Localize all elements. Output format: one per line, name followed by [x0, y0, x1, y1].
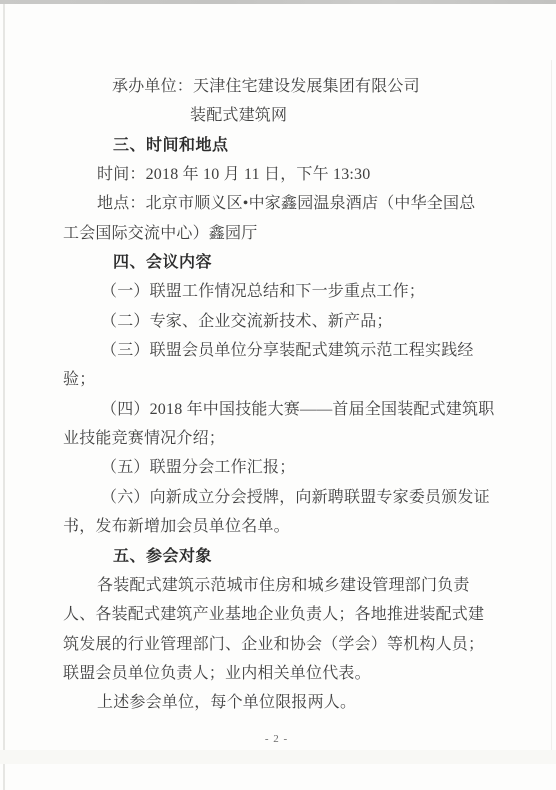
agenda-item-5: （五）联盟分会工作汇报；	[63, 453, 490, 482]
meeting-place-line-1: 地点：北京市顺义区•中家鑫园温泉酒店（中华全国总	[63, 189, 490, 218]
organizer-line-1: 承办单位：天津住宅建设发展集团有限公司	[63, 72, 490, 101]
section-heading-agenda: 四、会议内容	[63, 248, 490, 277]
document-body: 承办单位：天津住宅建设发展集团有限公司 装配式建筑网 三、时间和地点 时间：20…	[63, 72, 490, 718]
scan-edge-top	[0, 0, 556, 4]
attendees-para-2: 上述参会单位，每个单位限报两人。	[63, 688, 490, 717]
agenda-item-3-line-1: （三）联盟会员单位分享装配式建筑示范工程实践经	[63, 336, 490, 365]
scanned-document-page: 承办单位：天津住宅建设发展集团有限公司 装配式建筑网 三、时间和地点 时间：20…	[0, 0, 556, 790]
section-heading-attendees: 五、参会对象	[63, 542, 490, 571]
attendees-para-1-line-4: 联盟会员单位负责人；业内相关单位代表。	[63, 659, 490, 688]
page-number: - 2 -	[63, 733, 490, 745]
meeting-place-line-2: 工会国际交流中心）鑫园厅	[63, 219, 490, 248]
agenda-item-4-line-2: 业技能竞赛情况介绍；	[63, 424, 490, 453]
agenda-item-2: （二）专家、企业交流新技术、新产品；	[63, 307, 490, 336]
scan-edge-left	[3, 4, 5, 790]
agenda-item-6-line-1: （六）向新成立分会授牌，向新聘联盟专家委员颁发证	[63, 483, 490, 512]
attendees-para-1-line-2: 人、各装配式建筑产业基地企业负责人；各地推进装配式建	[63, 600, 490, 629]
attendees-para-1-line-1: 各装配式建筑示范城市住房和城乡建设管理部门负责	[63, 571, 490, 600]
agenda-item-1: （一）联盟工作情况总结和下一步重点工作；	[63, 277, 490, 306]
agenda-item-6-line-2: 书，发布新增加会员单位名单。	[63, 512, 490, 541]
meeting-time-line: 时间：2018 年 10 月 11 日，下午 13:30	[63, 160, 490, 189]
section-heading-time-place: 三、时间和地点	[63, 131, 490, 160]
scan-edge-right	[551, 60, 552, 760]
attendees-para-1-line-3: 筑发展的行业管理部门、企业和协会（学会）等机构人员；	[63, 630, 490, 659]
agenda-item-4-line-1: （四）2018 年中国技能大赛——首届全国装配式建筑职	[63, 395, 490, 424]
scan-artifact-band	[0, 750, 556, 764]
agenda-item-3-line-2: 验；	[63, 365, 490, 394]
organizer-line-2: 装配式建筑网	[63, 101, 490, 130]
